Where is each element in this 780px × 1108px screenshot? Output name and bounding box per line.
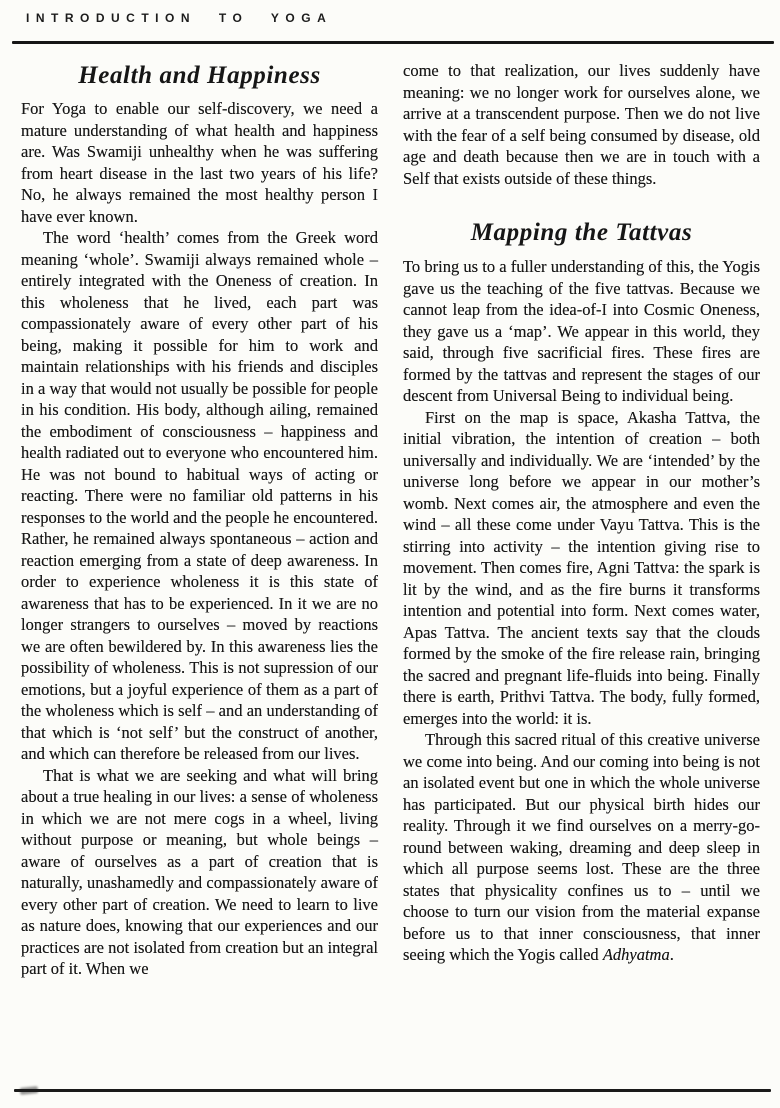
section-heading-health-and-happiness: Health and Happiness (21, 62, 378, 90)
two-column-text-block: Health and Happiness For Yoga to enable … (21, 60, 760, 980)
right-paragraph-2: First on the map is space, Akasha Tattva… (403, 407, 760, 730)
left-paragraph-3: That is what we are seeking and what wil… (21, 765, 378, 980)
right-column: come to that realization, our lives sudd… (403, 60, 760, 980)
closing-paragraph-period: . (670, 945, 674, 964)
left-column: Health and Happiness For Yoga to enable … (21, 60, 378, 980)
left-paragraph-2: The word ‘health’ comes from the Greek w… (21, 227, 378, 765)
book-page: INTRODUCTION TO YOGA Health and Happines… (0, 0, 780, 1108)
italic-term-adhyatma: Adhyatma (603, 945, 670, 964)
closing-paragraph-text: Through this sacred ritual of this creat… (403, 730, 760, 964)
header-rule (12, 41, 774, 44)
left-paragraph-1: For Yoga to enable our self-discovery, w… (21, 98, 378, 227)
right-closing-paragraph: Through this sacred ritual of this creat… (403, 729, 760, 966)
running-head: INTRODUCTION TO YOGA (26, 11, 332, 25)
right-continuation-paragraph: come to that realization, our lives sudd… (403, 60, 760, 189)
footer-rule (14, 1089, 771, 1092)
section-heading-mapping-the-tattvas: Mapping the Tattvas (403, 219, 760, 247)
right-paragraph-1: To bring us to a fuller understanding of… (403, 256, 760, 407)
